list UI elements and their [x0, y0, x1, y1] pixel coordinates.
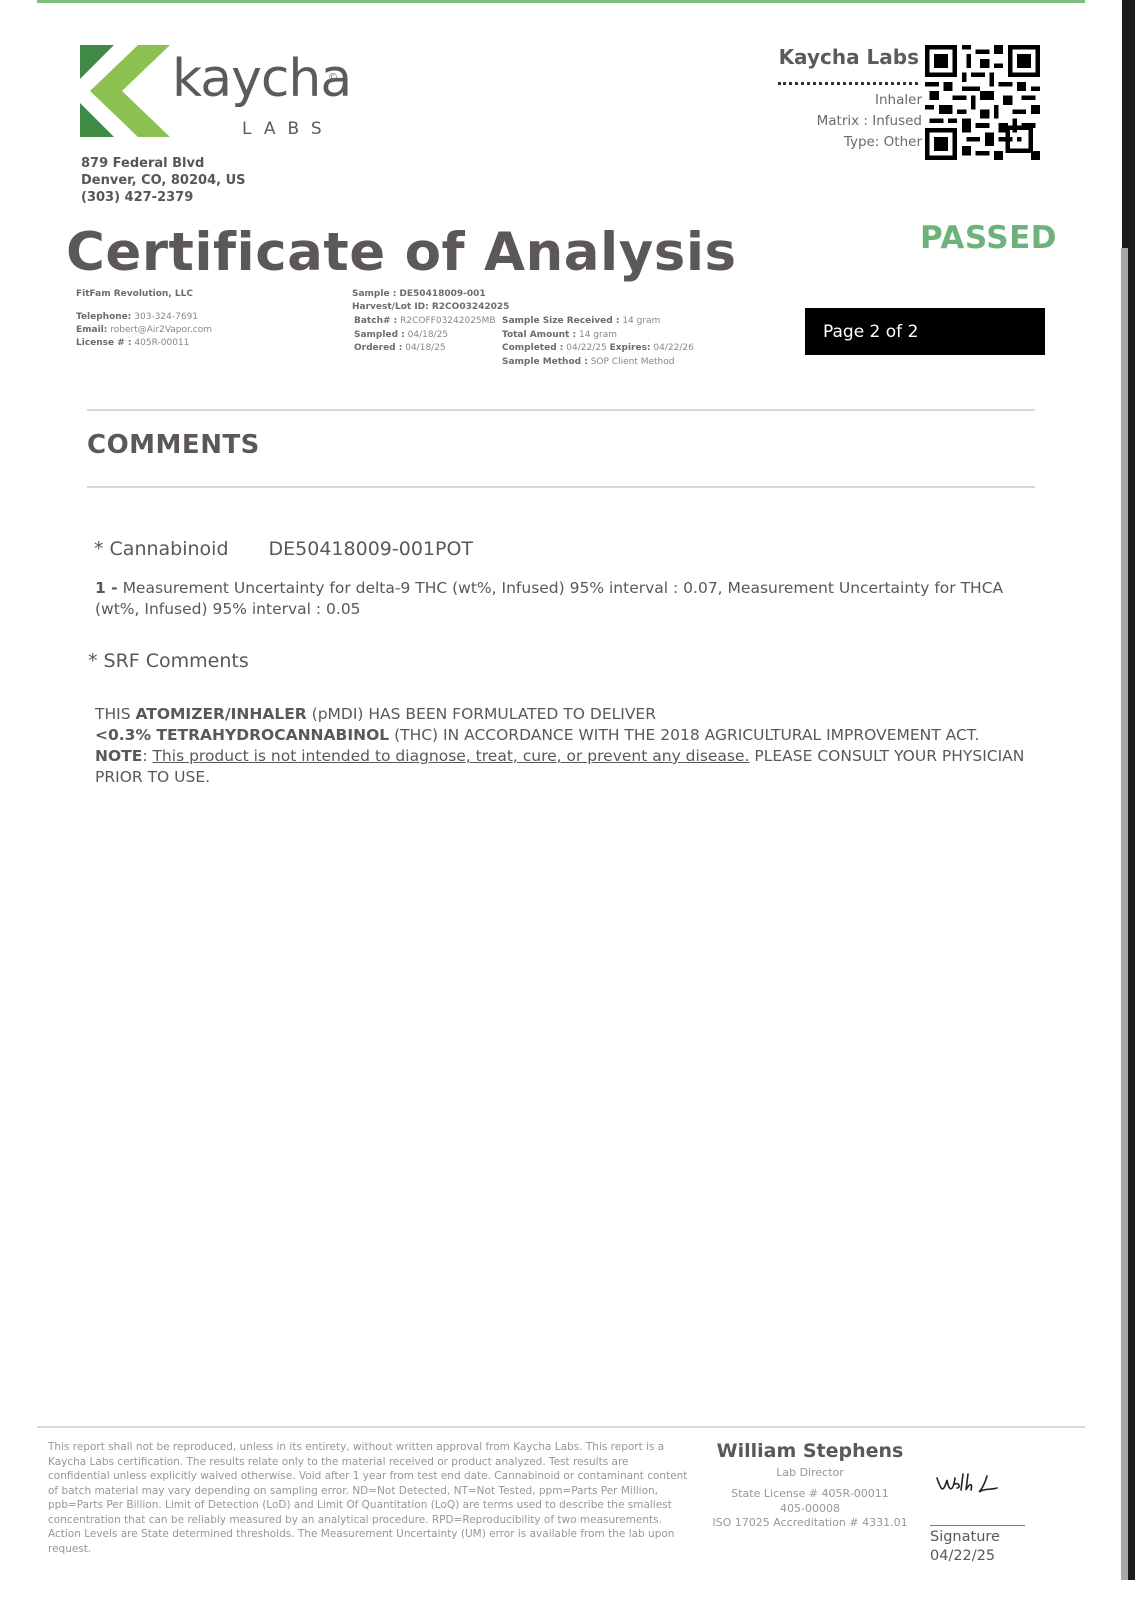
sample-header: Sample : DE50418009-001 Harvest/Lot ID: … — [352, 288, 509, 314]
kaycha-logo: kaycha © LABS — [80, 45, 350, 145]
sample-method: Sample Method : SOP Client Method — [502, 356, 694, 370]
dotted-divider — [778, 82, 918, 85]
director-licenses: State License # 405R-00011 405-00008 ISO… — [705, 1487, 915, 1531]
address-line: Denver, CO, 80204, US — [81, 172, 246, 189]
signature-line — [930, 1525, 1025, 1526]
completed-expires: Completed : 04/22/25 Expires: 04/22/26 — [502, 342, 694, 356]
top-accent-rule — [37, 0, 1085, 3]
client-info: FitFam Revolution, LLC Telephone: 303-32… — [76, 288, 212, 350]
note-number: 1 - — [95, 579, 118, 597]
sampled-date: Sampled : 04/18/25 — [354, 329, 496, 343]
sample-details-right: Sample Size Received : 14 gram Total Amo… — [502, 315, 694, 369]
client-license: License # : 405R-00011 — [76, 337, 212, 350]
logo-copyright: © — [328, 72, 338, 83]
scrollbar-thumb[interactable] — [1121, 248, 1128, 1580]
address-line: 879 Federal Blvd — [81, 155, 246, 172]
logo-wordmark: kaycha — [172, 53, 351, 105]
batch-number: Batch# : R2COFF03242025MB — [354, 315, 496, 329]
sample-id: Sample : DE50418009-001 — [352, 288, 509, 301]
signature-block: Signature 04/22/25 — [930, 1528, 1000, 1566]
harvest-lot-id: Harvest/Lot ID: R2CO03242025 — [352, 301, 509, 314]
qr-code-icon[interactable] — [925, 45, 1040, 160]
sample-details-left: Batch# : R2COFF03242025MB Sampled : 04/1… — [354, 315, 496, 356]
uncertainty-text: Measurement Uncertainty for delta-9 THC … — [95, 579, 1003, 618]
page-indicator: Page 2 of 2 — [805, 308, 1045, 355]
director-role: Lab Director — [705, 1466, 915, 1479]
uncertainty-note: 1 - Measurement Uncertainty for delta-9 … — [95, 578, 1015, 620]
product-name: Inhaler — [817, 90, 922, 111]
srf-comments-heading: * SRF Comments — [88, 650, 249, 672]
client-company: FitFam Revolution, LLC — [76, 288, 212, 301]
kaycha-k-mark-icon — [80, 45, 170, 137]
footer-divider — [37, 1426, 1085, 1428]
client-telephone: Telephone: 303-324-7691 — [76, 311, 212, 324]
logo-labs: LABS — [242, 119, 334, 139]
status-badge-passed: PASSED — [920, 220, 1057, 256]
product-type: Type: Other — [817, 132, 922, 153]
section-divider — [87, 409, 1035, 411]
srf-comments-text: THIS ATOMIZER/INHALER (pMDI) HAS BEEN FO… — [95, 704, 1035, 788]
signature-label: Signature — [930, 1528, 1000, 1547]
cannabinoid-code: DE50418009-001POT — [269, 538, 473, 560]
signature-icon — [935, 1470, 1015, 1500]
lab-address: 879 Federal Blvd Denver, CO, 80204, US (… — [81, 155, 246, 206]
client-email: Email: robert@Air2Vapor.com — [76, 324, 212, 337]
cannabinoid-label: * Cannabinoid — [94, 538, 229, 560]
product-matrix: Matrix : Infused — [817, 111, 922, 132]
cannabinoid-line: * CannabinoidDE50418009-001POT — [94, 538, 473, 560]
director-name: William Stephens — [705, 1440, 915, 1462]
page-title: Certificate of Analysis — [66, 222, 737, 283]
address-line: (303) 427-2379 — [81, 189, 246, 206]
lab-name: Kaycha Labs — [779, 45, 919, 69]
disclaimer-text: This report shall not be reproduced, unl… — [48, 1440, 688, 1556]
ordered-date: Ordered : 04/18/25 — [354, 342, 496, 356]
comments-heading: COMMENTS — [87, 430, 260, 460]
sample-size: Sample Size Received : 14 gram — [502, 315, 694, 329]
total-amount: Total Amount : 14 gram — [502, 329, 694, 343]
product-meta: Inhaler Matrix : Infused Type: Other — [817, 90, 922, 153]
signature-date: 04/22/25 — [930, 1547, 1000, 1566]
lab-director-block: William Stephens Lab Director State Lice… — [705, 1440, 915, 1531]
section-divider — [87, 486, 1035, 488]
